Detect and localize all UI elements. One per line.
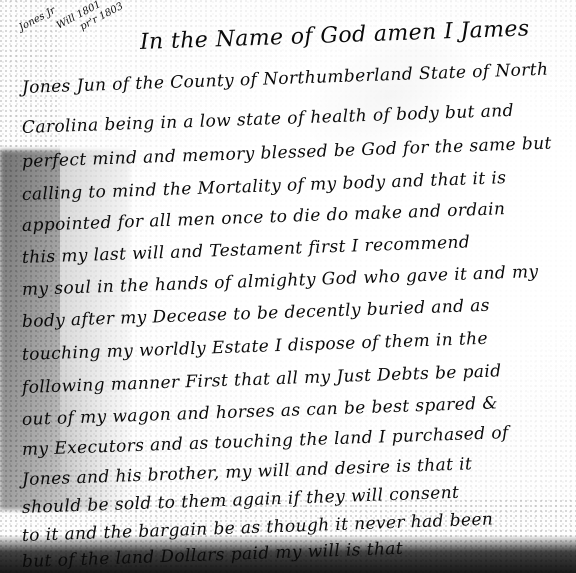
scanned-will-page: Jones Jr Will 1801 pr'r 1803 In the Name… [0,0,576,573]
docket-name: Jones Jr [17,5,58,34]
